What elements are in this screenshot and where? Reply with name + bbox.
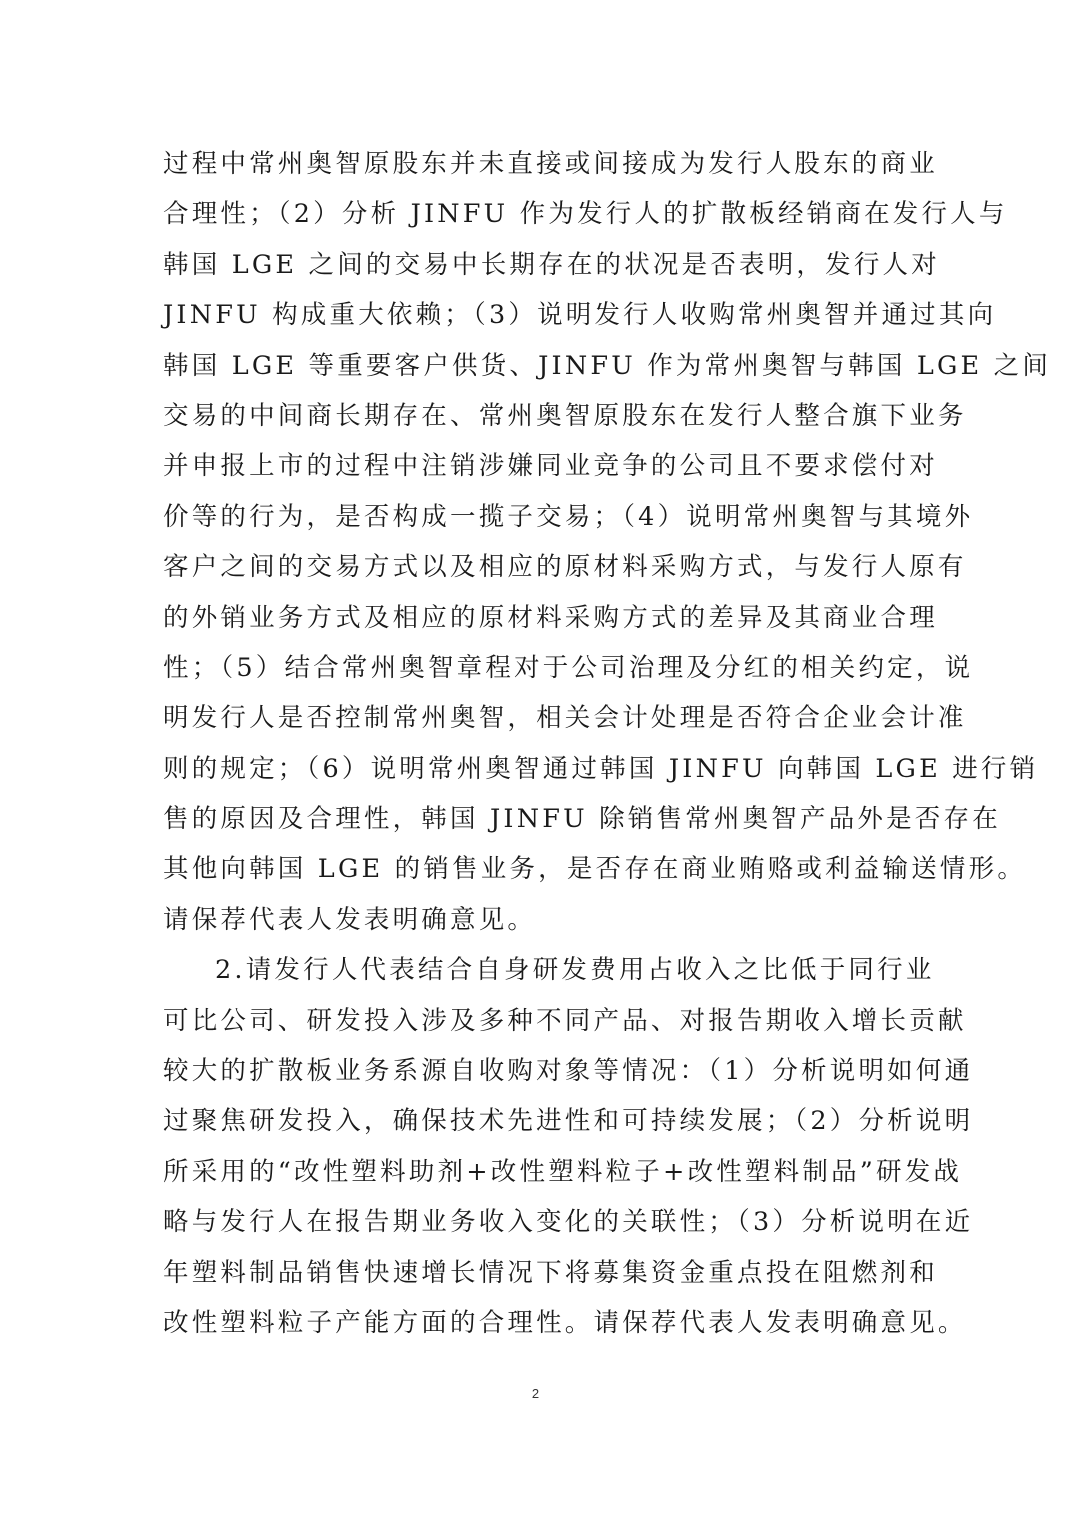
- text-line: 请保荐代表人发表明确意见。: [163, 895, 913, 945]
- text-line: 过聚焦研发投入，确保技术先进性和可持续发展；（2）分析说明: [163, 1096, 911, 1146]
- text-line: 较大的扩散板业务系源自收购对象等情况：（1）分析说明如何通: [163, 1046, 911, 1096]
- text-line: 合理性；（2）分析 JINFU 作为发行人的扩散板经销商在发行人与: [163, 189, 911, 239]
- text-line: 所采用的“改性塑料助剂+改性塑料粒子+改性塑料制品”研发战: [163, 1147, 911, 1197]
- text-line: 略与发行人在报告期业务收入变化的关联性；（3）分析说明在近: [163, 1197, 911, 1247]
- body-text: 过程中常州奥智原股东并未直接或间接成为发行人股东的商业 合理性；（2）分析 JI…: [163, 139, 913, 1348]
- text-line: 韩国 LGE 等重要客户供货、JINFU 作为常州奥智与韩国 LGE 之间: [163, 341, 911, 391]
- text-line: 韩国 LGE 之间的交易中长期存在的状况是否表明，发行人对: [163, 240, 911, 290]
- paragraph-continuation: 过程中常州奥智原股东并未直接或间接成为发行人股东的商业 合理性；（2）分析 JI…: [163, 139, 913, 945]
- text-line: 其他向韩国 LGE 的销售业务，是否存在商业贿赂或利益输送情形。: [163, 844, 911, 894]
- paragraph-question-2: 2.请发行人代表结合自身研发费用占收入之比低于同行业 可比公司、研发投入涉及多种…: [163, 945, 913, 1348]
- page-number: 2: [0, 1386, 1071, 1401]
- text-line: 可比公司、研发投入涉及多种不同产品、对报告期收入增长贡献: [163, 996, 911, 1046]
- text-line: 售的原因及合理性，韩国 JINFU 除销售常州奥智产品外是否存在: [163, 794, 911, 844]
- text-line: 交易的中间商长期存在、常州奥智原股东在发行人整合旗下业务: [163, 391, 911, 441]
- text-line: 2.请发行人代表结合自身研发费用占收入之比低于同行业: [163, 945, 911, 995]
- text-line: 价等的行为，是否构成一揽子交易；（4）说明常州奥智与其境外: [163, 492, 911, 542]
- text-line: 客户之间的交易方式以及相应的原材料采购方式，与发行人原有: [163, 542, 911, 592]
- text-line: JINFU 构成重大依赖；（3）说明发行人收购常州奥智并通过其向: [163, 290, 911, 340]
- text-line: 明发行人是否控制常州奥智，相关会计处理是否符合企业会计准: [163, 693, 911, 743]
- text-line: 则的规定；（6）说明常州奥智通过韩国 JINFU 向韩国 LGE 进行销: [163, 744, 911, 794]
- text-line: 性；（5）结合常州奥智章程对于公司治理及分红的相关约定，说: [163, 643, 911, 693]
- text-line: 年塑料制品销售快速增长情况下将募集资金重点投在阻燃剂和: [163, 1248, 911, 1298]
- text-line: 的外销业务方式及相应的原材料采购方式的差异及其商业合理: [163, 593, 911, 643]
- text-line: 过程中常州奥智原股东并未直接或间接成为发行人股东的商业: [163, 139, 911, 189]
- text-line: 改性塑料粒子产能方面的合理性。请保荐代表人发表明确意见。: [163, 1298, 911, 1348]
- document-page: 过程中常州奥智原股东并未直接或间接成为发行人股东的商业 合理性；（2）分析 JI…: [0, 0, 1071, 1515]
- text-line: 并申报上市的过程中注销涉嫌同业竞争的公司且不要求偿付对: [163, 441, 911, 491]
